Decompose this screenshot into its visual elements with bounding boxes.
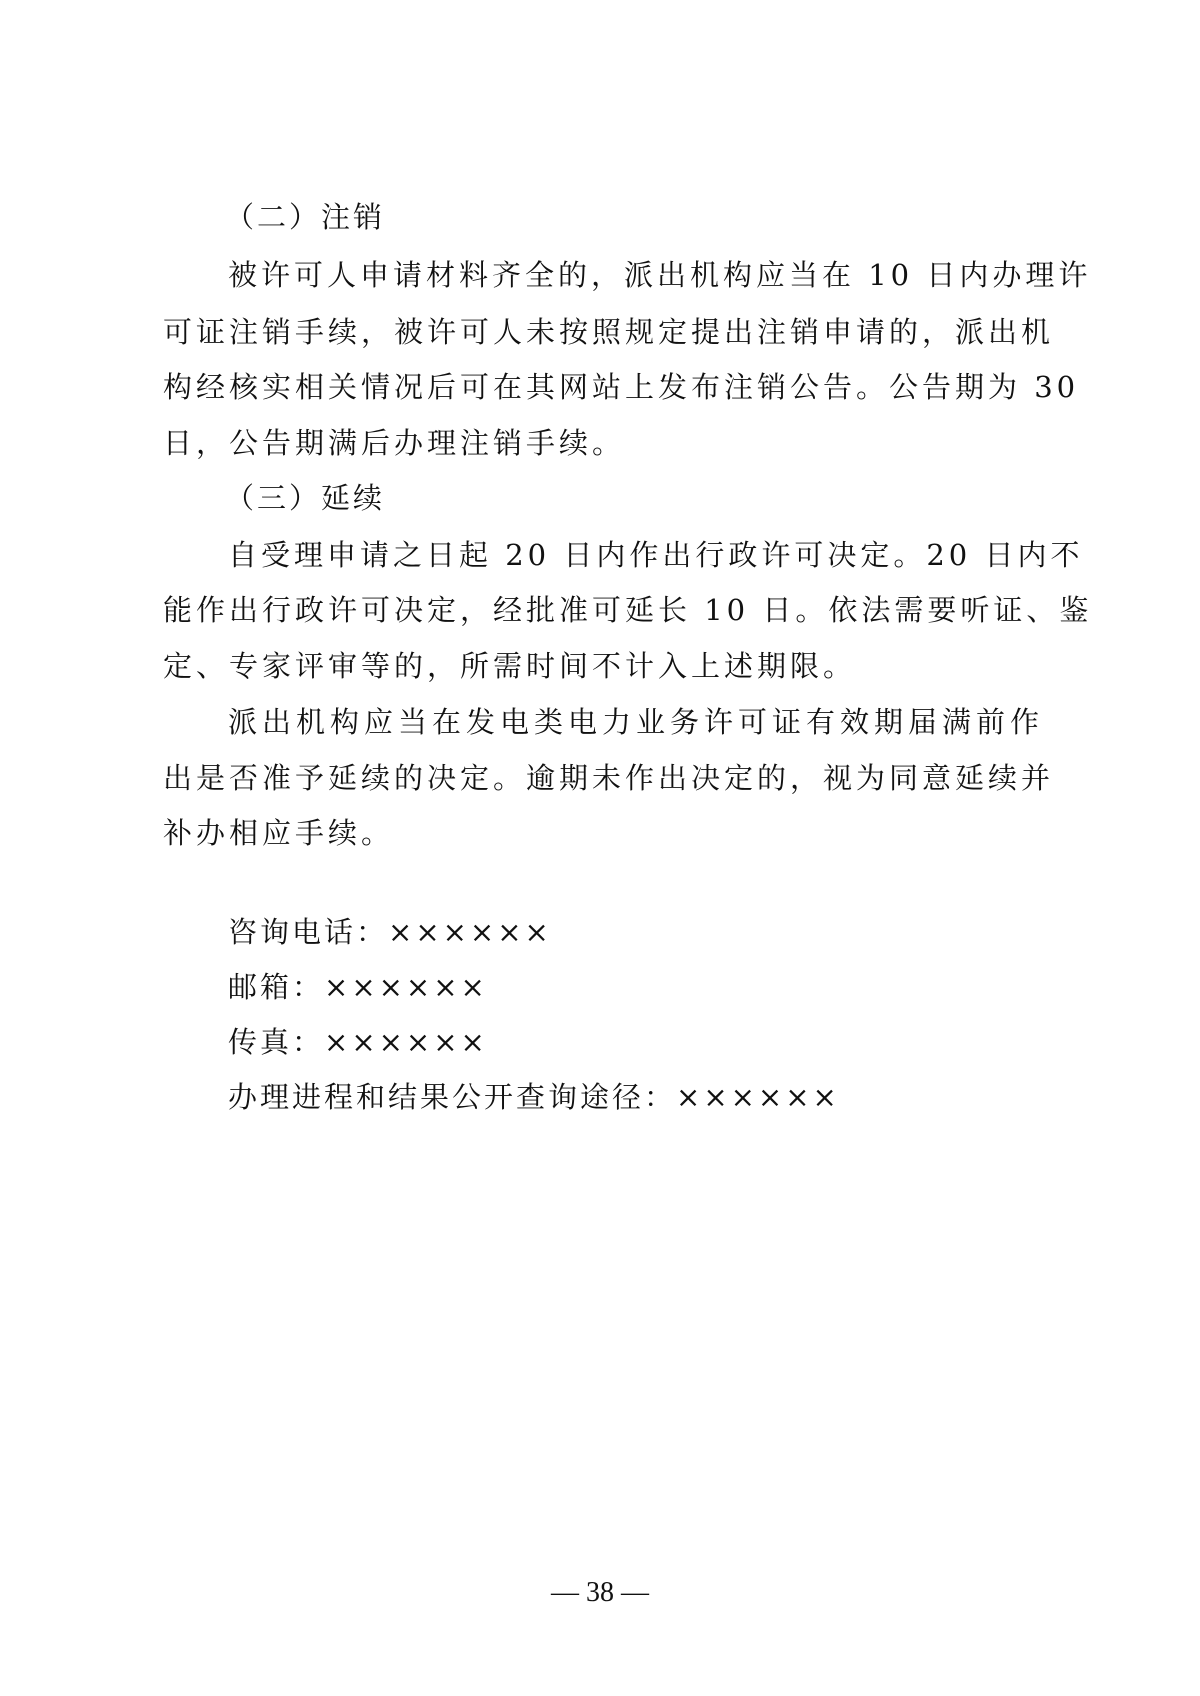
section-heading-cancellation: （二）注销	[225, 197, 1105, 237]
paragraph-line: 能作出行政许可决定，经批准可延长 10 日。依法需要听证、鉴	[163, 590, 1043, 630]
section-heading-renewal: （三）延续	[225, 478, 1105, 518]
paragraph-line: 自受理申请之日起 20 日内作出行政许可决定。20 日内不	[228, 535, 1043, 575]
paragraph-line: 定、专家评审等的，所需时间不计入上述期限。	[163, 646, 1043, 686]
contact-label: 传真：	[228, 1025, 324, 1059]
paragraph-line: 派出机构应当在发电类电力业务许可证有效期届满前作	[228, 702, 1043, 742]
contact-value: ××××××	[676, 1080, 840, 1114]
contact-label: 办理进程和结果公开查询途径：	[228, 1080, 676, 1114]
paragraph-line: 补办相应手续。	[163, 813, 1043, 853]
paragraph-line: 构经核实相关情况后可在其网站上发布注销公告。公告期为 30	[163, 367, 1043, 407]
contact-fax: 传真：××××××	[228, 1022, 1108, 1062]
contact-phone: 咨询电话：××××××	[228, 912, 1108, 952]
contact-label: 咨询电话：	[228, 915, 388, 949]
page-number: — 38 —	[0, 1575, 1200, 1611]
contact-value: ××××××	[388, 915, 552, 949]
paragraph-line: 被许可人申请材料齐全的，派出机构应当在 10 日内办理许	[228, 255, 1043, 295]
contact-value: ××××××	[324, 970, 488, 1004]
contact-query-channel: 办理进程和结果公开查询途径：××××××	[228, 1077, 1108, 1117]
contact-email: 邮箱：××××××	[228, 967, 1108, 1007]
paragraph-line: 可证注销手续，被许可人未按照规定提出注销申请的，派出机	[163, 312, 1043, 352]
paragraph-line: 出是否准予延续的决定。逾期未作出决定的，视为同意延续并	[163, 758, 1043, 798]
paragraph-line: 日，公告期满后办理注销手续。	[163, 423, 1043, 463]
document-page: （二）注销 被许可人申请材料齐全的，派出机构应当在 10 日内办理许 可证注销手…	[0, 0, 1200, 1696]
contact-label: 邮箱：	[228, 970, 324, 1004]
contact-value: ××××××	[324, 1025, 488, 1059]
